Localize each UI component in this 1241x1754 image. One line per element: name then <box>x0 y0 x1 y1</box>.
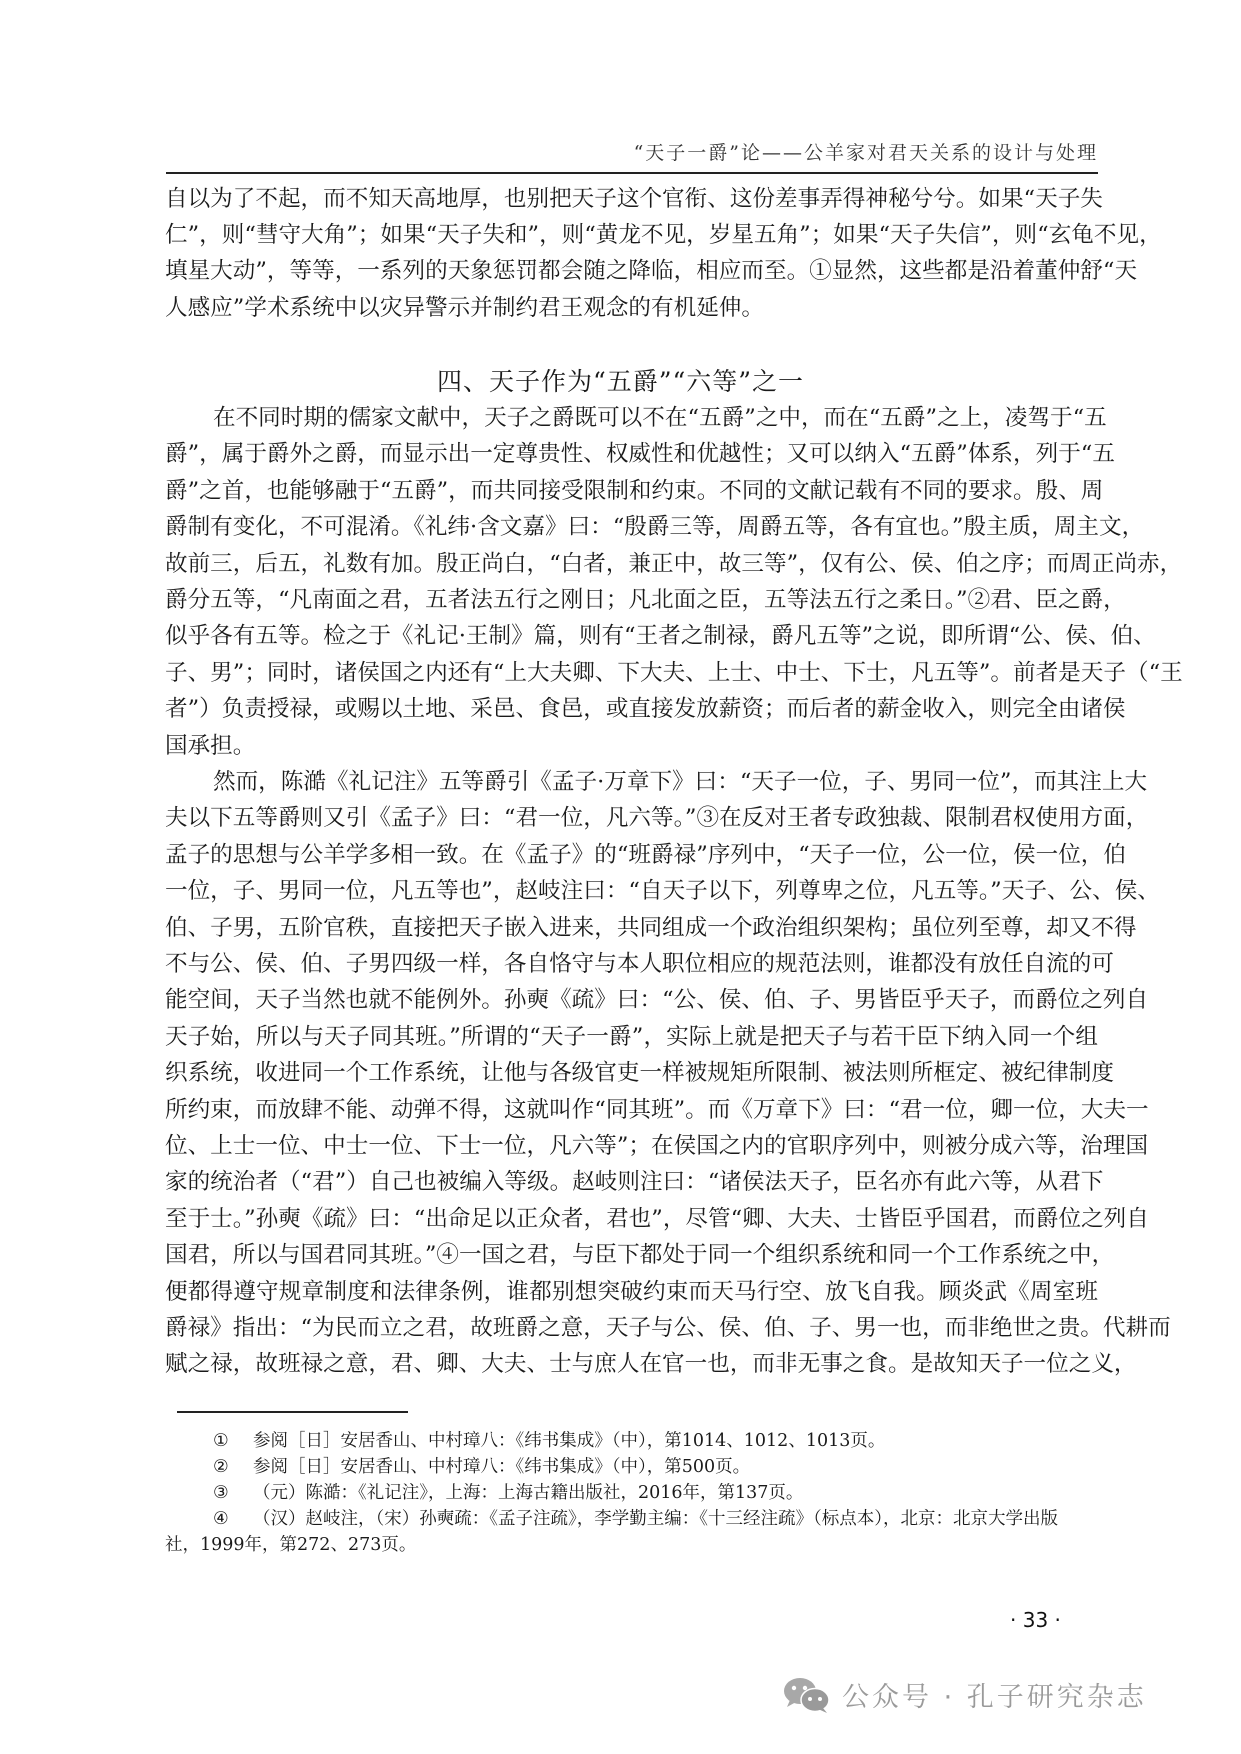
paragraph-line: 天子始，所以与天子同其班。”所谓的“天子一爵”，实际上就是把天子与若干臣下纳入同… <box>165 1022 1098 1052</box>
paragraph-line: 似乎各有五等。检之于《礼记·王制》篇，则有“王者之制禄，爵凡五等”之说，即所谓“… <box>165 621 1098 651</box>
paragraph-line: 爵”，属于爵外之爵，而显示出一定尊贵性、权威性和优越性；又可以纳入“五爵”体系，… <box>165 439 1098 469</box>
wechat-icon <box>782 1676 832 1714</box>
paragraph-line: 爵禄》指出：“为民而立之君，故班爵之意，天子与公、侯、伯、子、男一也，而非绝世之… <box>165 1313 1098 1343</box>
footnote-1: ①参阅［日］安居香山、中村璋八：《纬书集成》（中），第1014、1012、101… <box>213 1429 885 1453</box>
footnote-text: 参阅［日］安居香山、中村璋八：《纬书集成》（中），第500页。 <box>253 1457 750 1477</box>
paragraph-line: 位、上士一位、中士一位、下士一位，凡六等”；在侯国之内的官职序列中，则被分成六等… <box>165 1131 1098 1161</box>
footnote-text: （元）陈澔：《礼记注》，上海：上海古籍出版社，2016年，第137页。 <box>253 1483 803 1503</box>
paragraph-line: 能空间，天子当然也就不能例外。孙奭《疏》曰：“公、侯、伯、子、男皆臣乎天子，而爵… <box>165 985 1098 1015</box>
footnote-text: 参阅［日］安居香山、中村璋八：《纬书集成》（中），第1014、1012、1013… <box>253 1431 885 1451</box>
running-head: “天子一爵”论——公羊家对君天关系的设计与处理 <box>634 138 1098 165</box>
footnote-4-continuation: 社，1999年，第272、273页。 <box>165 1533 416 1557</box>
paragraph-line: 一位，子、男同一位，凡五等也”，赵岐注曰：“自天子以下，列尊卑之位，凡五等。”天… <box>165 876 1098 906</box>
paragraph-line: 孟子的思想与公羊学多相一致。在《孟子》的“班爵禄”序列中，“天子一位，公一位，侯… <box>165 840 1098 870</box>
footnote-rule <box>177 1411 408 1413</box>
paragraph-line: 故前三，后五，礼数有加。殷正尚白，“白者，兼正中，故三等”，仅有公、侯、伯之序；… <box>165 549 1098 579</box>
paragraph-line: 至于士。”孙奭《疏》曰：“出命足以正众者，君也”，尽管“卿、大夫、士皆臣乎国君，… <box>165 1204 1098 1234</box>
footnote-mark: ① <box>213 1429 253 1453</box>
paragraph-line: 人感应”学术系统中以灾异警示并制约君王观念的有机延伸。 <box>165 293 1098 323</box>
footnote-mark: ④ <box>213 1507 253 1531</box>
paragraph-line: 填星大动”，等等，一系列的天象惩罚都会随之降临，相应而至。①显然，这些都是沿着董… <box>165 256 1098 286</box>
paragraph-line: 织系统，收进同一个工作系统，让他与各级官吏一样被规矩所限制、被法则所框定、被纪律… <box>165 1058 1098 1088</box>
footnote-mark: ② <box>213 1455 253 1479</box>
paragraph-line: 便都得遵守规章制度和法律条例，谁都别想突破约束而天马行空、放飞自我。顾炎武《周室… <box>165 1277 1098 1307</box>
paragraph-line: 夫以下五等爵则又引《孟子》曰：“君一位，凡六等。”③在反对王者专政独裁、限制君权… <box>165 803 1098 833</box>
paragraph-line: 仁”，则“彗守大角”；如果“天子失和”，则“黄龙不见，岁星五角”；如果“天子失信… <box>165 220 1098 250</box>
paragraph-line: 爵制有变化，不可混淆。《礼纬·含文嘉》曰：“殷爵三等，周爵五等，各有宜也。”殷主… <box>165 512 1098 542</box>
paragraph-line: 在不同时期的儒家文献中，天子之爵既可以不在“五爵”之中，而在“五爵”之上，凌驾于… <box>213 403 1098 433</box>
paragraph-line: 自以为了不起，而不知天高地厚，也别把天子这个官衔、这份差事弄得神秘兮兮。如果“天… <box>165 184 1098 214</box>
watermark: 公众号 · 孔子研究杂志 <box>782 1675 1147 1714</box>
paragraph-line: 国承担。 <box>165 731 1098 761</box>
paragraph-line: 子、男”；同时，诸侯国之内还有“上大夫卿、下大夫、上士、中士、下士，凡五等”。前… <box>165 658 1098 688</box>
footnote-2: ②参阅［日］安居香山、中村璋八：《纬书集成》（中），第500页。 <box>213 1455 750 1479</box>
footnote-4: ④（汉）赵岐注，（宋）孙奭疏：《孟子注疏》，李学勤主编：《十三经注疏》（标点本）… <box>213 1507 1058 1531</box>
header-rule <box>166 172 1098 174</box>
paragraph-line: 赋之禄，故班禄之意，君、卿、大夫、士与庶人在官一也，而非无事之食。是故知天子一位… <box>165 1349 1098 1379</box>
paragraph-line: 国君，所以与国君同其班。”④一国之君，与臣下都处于同一个组织系统和同一个工作系统… <box>165 1240 1098 1270</box>
paragraph-line: 爵分五等，“凡南面之君，五者法五行之刚日；凡北面之臣，五等法五行之柔日。”②君、… <box>165 585 1098 615</box>
paragraph-line: 不与公、侯、伯、子男四级一样，各自恪守与本人职位相应的规范法则，谁都没有放任自流… <box>165 949 1098 979</box>
paragraph-line: 伯、子男，五阶官秩，直接把天子嵌入进来，共同组成一个政治组织架构；虽位列至尊，却… <box>165 913 1098 943</box>
paragraph-line: 者”）负责授禄，或赐以土地、采邑、食邑，或直接发放薪资；而后者的薪金收入，则完全… <box>165 694 1098 724</box>
footnote-text: （汉）赵岐注，（宋）孙奭疏：《孟子注疏》，李学勤主编：《十三经注疏》（标点本），… <box>253 1509 1058 1529</box>
page-number: · 33 · <box>1010 1608 1061 1632</box>
footnote-3: ③（元）陈澔：《礼记注》，上海：上海古籍出版社，2016年，第137页。 <box>213 1481 803 1505</box>
section-heading: 四、天子作为“五爵”“六等”之一 <box>0 362 1241 398</box>
watermark-text: 公众号 · 孔子研究杂志 <box>842 1675 1147 1714</box>
footnote-mark: ③ <box>213 1481 253 1505</box>
paragraph-line: 家的统治者（“君”）自己也被编入等级。赵岐则注曰：“诸侯法天子，臣名亦有此六等，… <box>165 1167 1098 1197</box>
journal-page: “天子一爵”论——公羊家对君天关系的设计与处理 自以为了不起，而不知天高地厚，也… <box>0 0 1241 1754</box>
paragraph-line: 然而，陈澔《礼记注》五等爵引《孟子·万章下》曰：“天子一位，子、男同一位”，而其… <box>213 767 1098 797</box>
paragraph-line: 所约束，而放肆不能、动弹不得，这就叫作“同其班”。而《万章下》曰：“君一位，卿一… <box>165 1095 1098 1125</box>
paragraph-line: 爵”之首，也能够融于“五爵”，而共同接受限制和约束。不同的文献记载有不同的要求。… <box>165 476 1098 506</box>
